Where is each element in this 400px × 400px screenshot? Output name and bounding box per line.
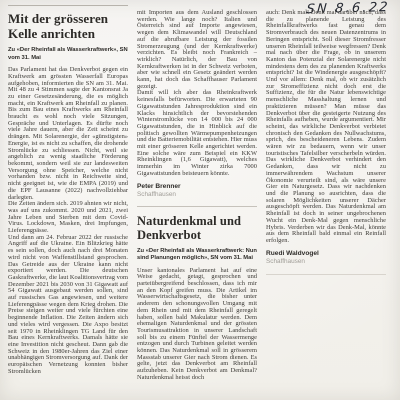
column-left: Mit der grösseren Kelle anrichten Zu «De… bbox=[8, 0, 128, 400]
article-end-rule bbox=[266, 274, 386, 275]
column-middle: mit Importen aus dem Ausland geschlossen… bbox=[137, 0, 257, 400]
article2-body-col3: auch: Denk mal! Denk mal darüber nach, d… bbox=[266, 10, 386, 245]
article1-author: Peter Brenner bbox=[137, 183, 257, 190]
article1-byline: Peter Brenner Schaffhausen bbox=[137, 183, 257, 198]
article1-title: Mit der grösseren Kelle anrichten bbox=[8, 12, 128, 41]
article2-author-city: Schaffhausen bbox=[266, 258, 386, 265]
column-right: auch: Denk mal! Denk mal darüber nach, d… bbox=[266, 0, 386, 400]
article2-author: Ruedi Waldvogel bbox=[266, 250, 386, 257]
article1-author-city: Schaffhausen bbox=[137, 191, 257, 198]
newspaper-clipping: SN 8.6.22 Mit der grösseren Kelle anrich… bbox=[0, 0, 400, 400]
article2-body-col2: Unser kantonales Parlament hat auf eine … bbox=[137, 268, 257, 382]
letters-section: Mit der grösseren Kelle anrichten Zu «De… bbox=[8, 0, 386, 400]
article1-kicker: Zu «Der Rheinfall als Wasserkraftwerk», … bbox=[8, 47, 128, 62]
article1-body-col2: mit Importen aus dem Ausland geschlossen… bbox=[137, 10, 257, 178]
article1-body-col1: Das Parlament hat das Denkverbot gegen e… bbox=[8, 67, 128, 375]
article2-title: Naturdenkmal und Denkverbot bbox=[137, 214, 257, 242]
article2-byline: Ruedi Waldvogel Schaffhausen bbox=[266, 250, 386, 265]
article2-kicker: Zu «Der Rheinfall als Wasserkraftwerk: N… bbox=[137, 248, 257, 263]
article1-top-rule bbox=[8, 5, 128, 6]
section-divider bbox=[137, 206, 257, 207]
